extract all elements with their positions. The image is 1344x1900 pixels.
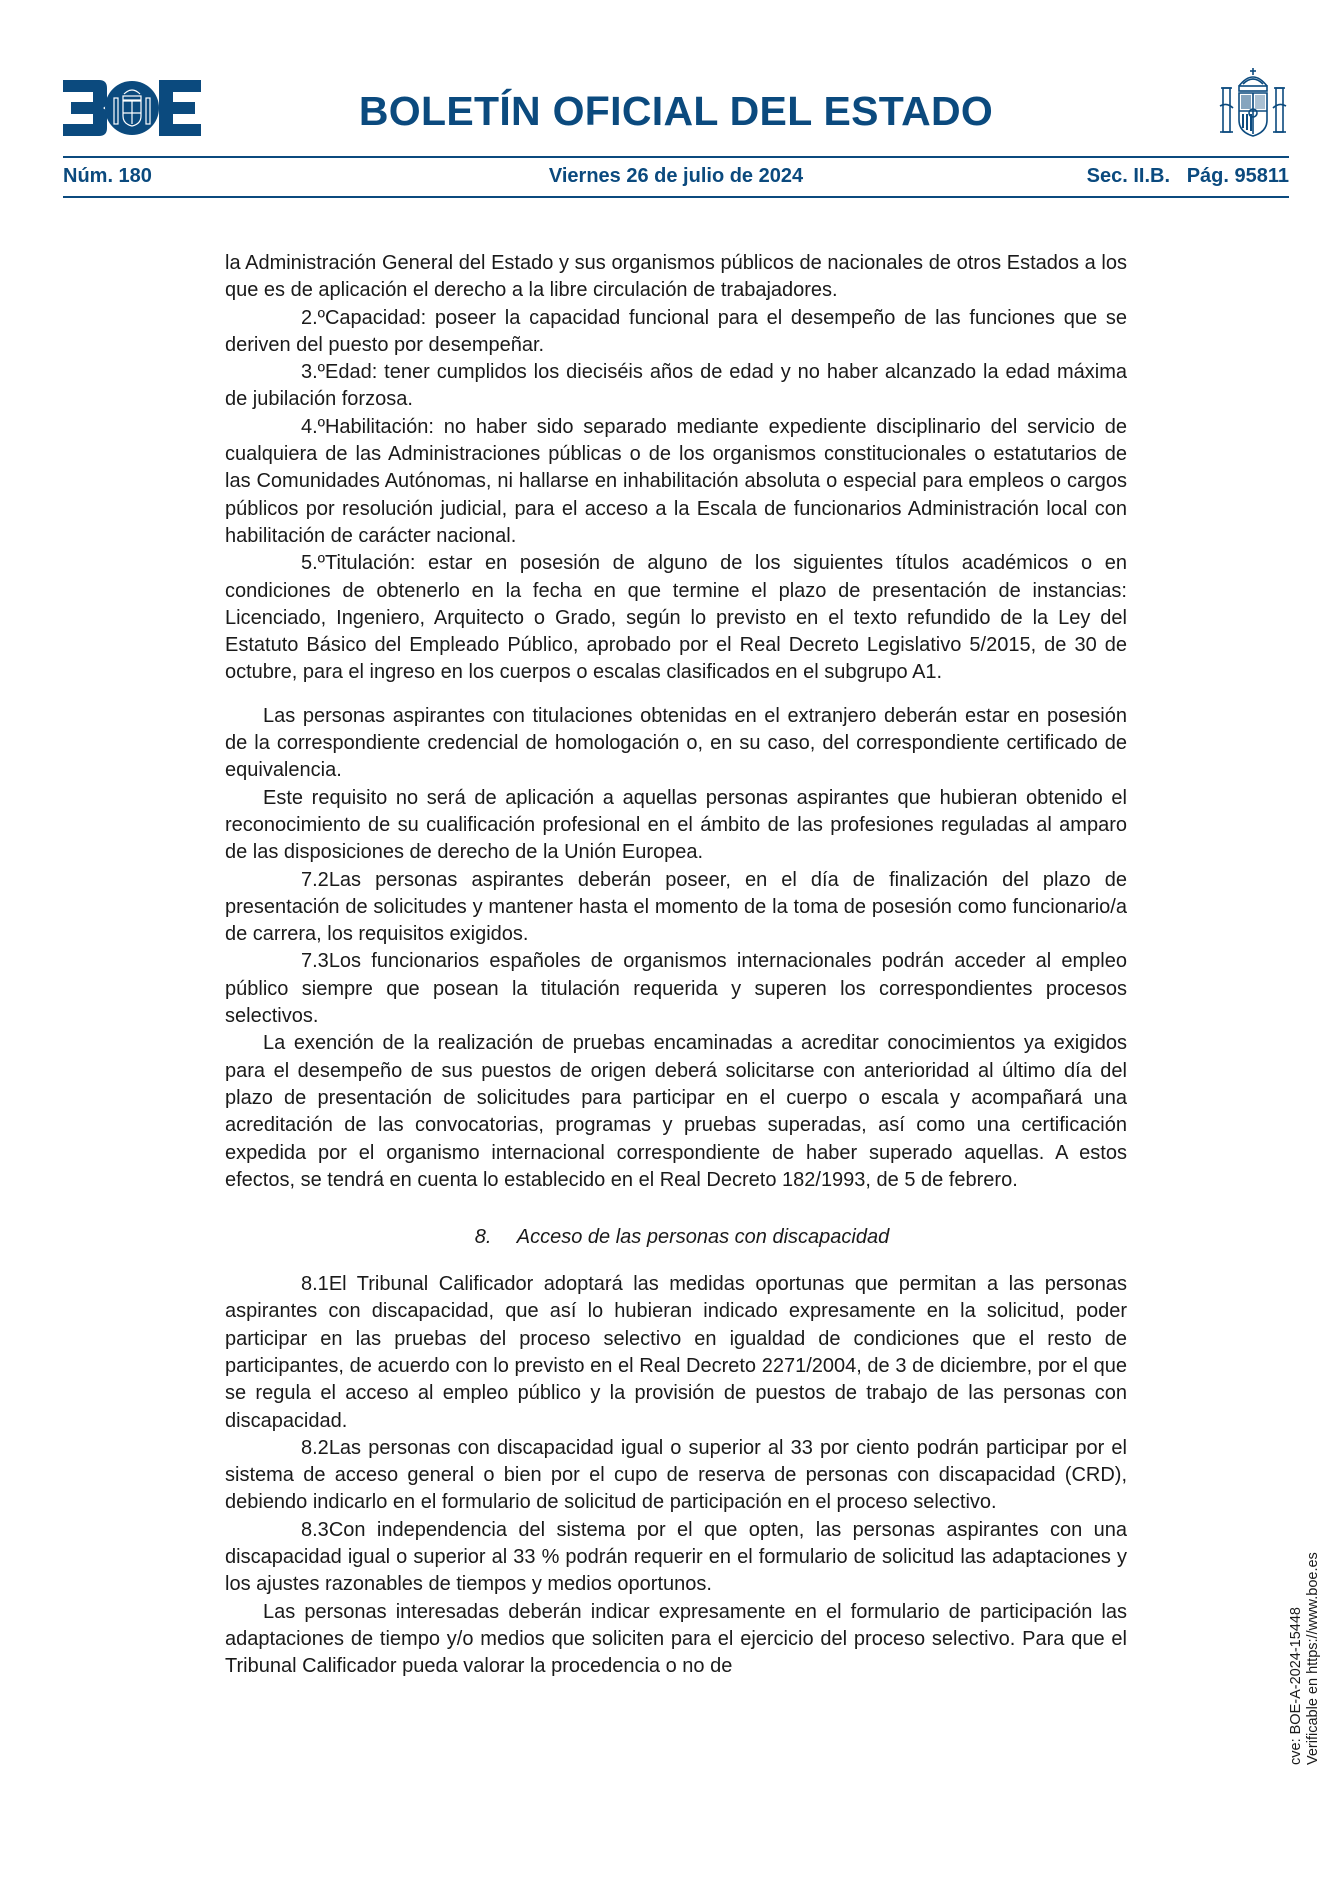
verification-link[interactable]: Verificable en https://www.boe.es [1305,1552,1322,1765]
section-label: Sec. II.B. [1087,165,1170,187]
paragraph: Las personas aspirantes con titulaciones… [225,703,1127,785]
header-divider-top [63,156,1289,158]
paragraph-requirement-5: 5.ºTitulación: estar en posesión de algu… [225,550,1127,686]
page-header: BOLETÍN OFICIAL DEL ESTADO [63,60,1289,160]
section-page: Sec. II.B. Pág. 95811 [1087,165,1289,188]
paragraph: Las personas interesadas deberán indicar… [225,1599,1127,1681]
paragraph-7-2: 7.2Las personas aspirantes deberán posee… [225,867,1127,949]
paragraph-8-1: 8.1El Tribunal Calificador adoptará las … [225,1271,1127,1435]
paragraph-requirement-3: 3.ºEdad: tener cumplidos los dieciséis a… [225,359,1127,414]
paragraph: Este requisito no será de aplicación a a… [225,785,1127,867]
paragraph-8-2: 8.2Las personas con discapacidad igual o… [225,1435,1127,1517]
paragraph-requirement-2: 2.ºCapacidad: poseer la capacidad funcio… [225,305,1127,360]
verification-note: cve: BOE-A-2024-15448 Verificable en htt… [1288,1552,1322,1765]
page-title: BOLETÍN OFICIAL DEL ESTADO [63,88,1289,135]
document-body: la Administración General del Estado y s… [225,250,1127,1681]
paragraph-8-3: 8.3Con independencia del sistema por el … [225,1517,1127,1599]
header-divider-bottom [63,196,1289,198]
paragraph-requirement-4: 4.ºHabilitación: no haber sido separado … [225,414,1127,550]
paragraph: La exención de la realización de pruebas… [225,1030,1127,1194]
cve-code: cve: BOE-A-2024-15448 [1288,1552,1305,1765]
coat-of-arms-icon [1217,66,1289,144]
issue-meta-bar: Núm. 180 Viernes 26 de julio de 2024 Sec… [63,165,1289,191]
paragraph-7-3: 7.3Los funcionarios españoles de organis… [225,948,1127,1030]
page-number: Pág. 95811 [1187,165,1289,187]
section-heading: 8.Acceso de las personas con discapacida… [225,1224,1127,1251]
paragraph: la Administración General del Estado y s… [225,250,1127,305]
